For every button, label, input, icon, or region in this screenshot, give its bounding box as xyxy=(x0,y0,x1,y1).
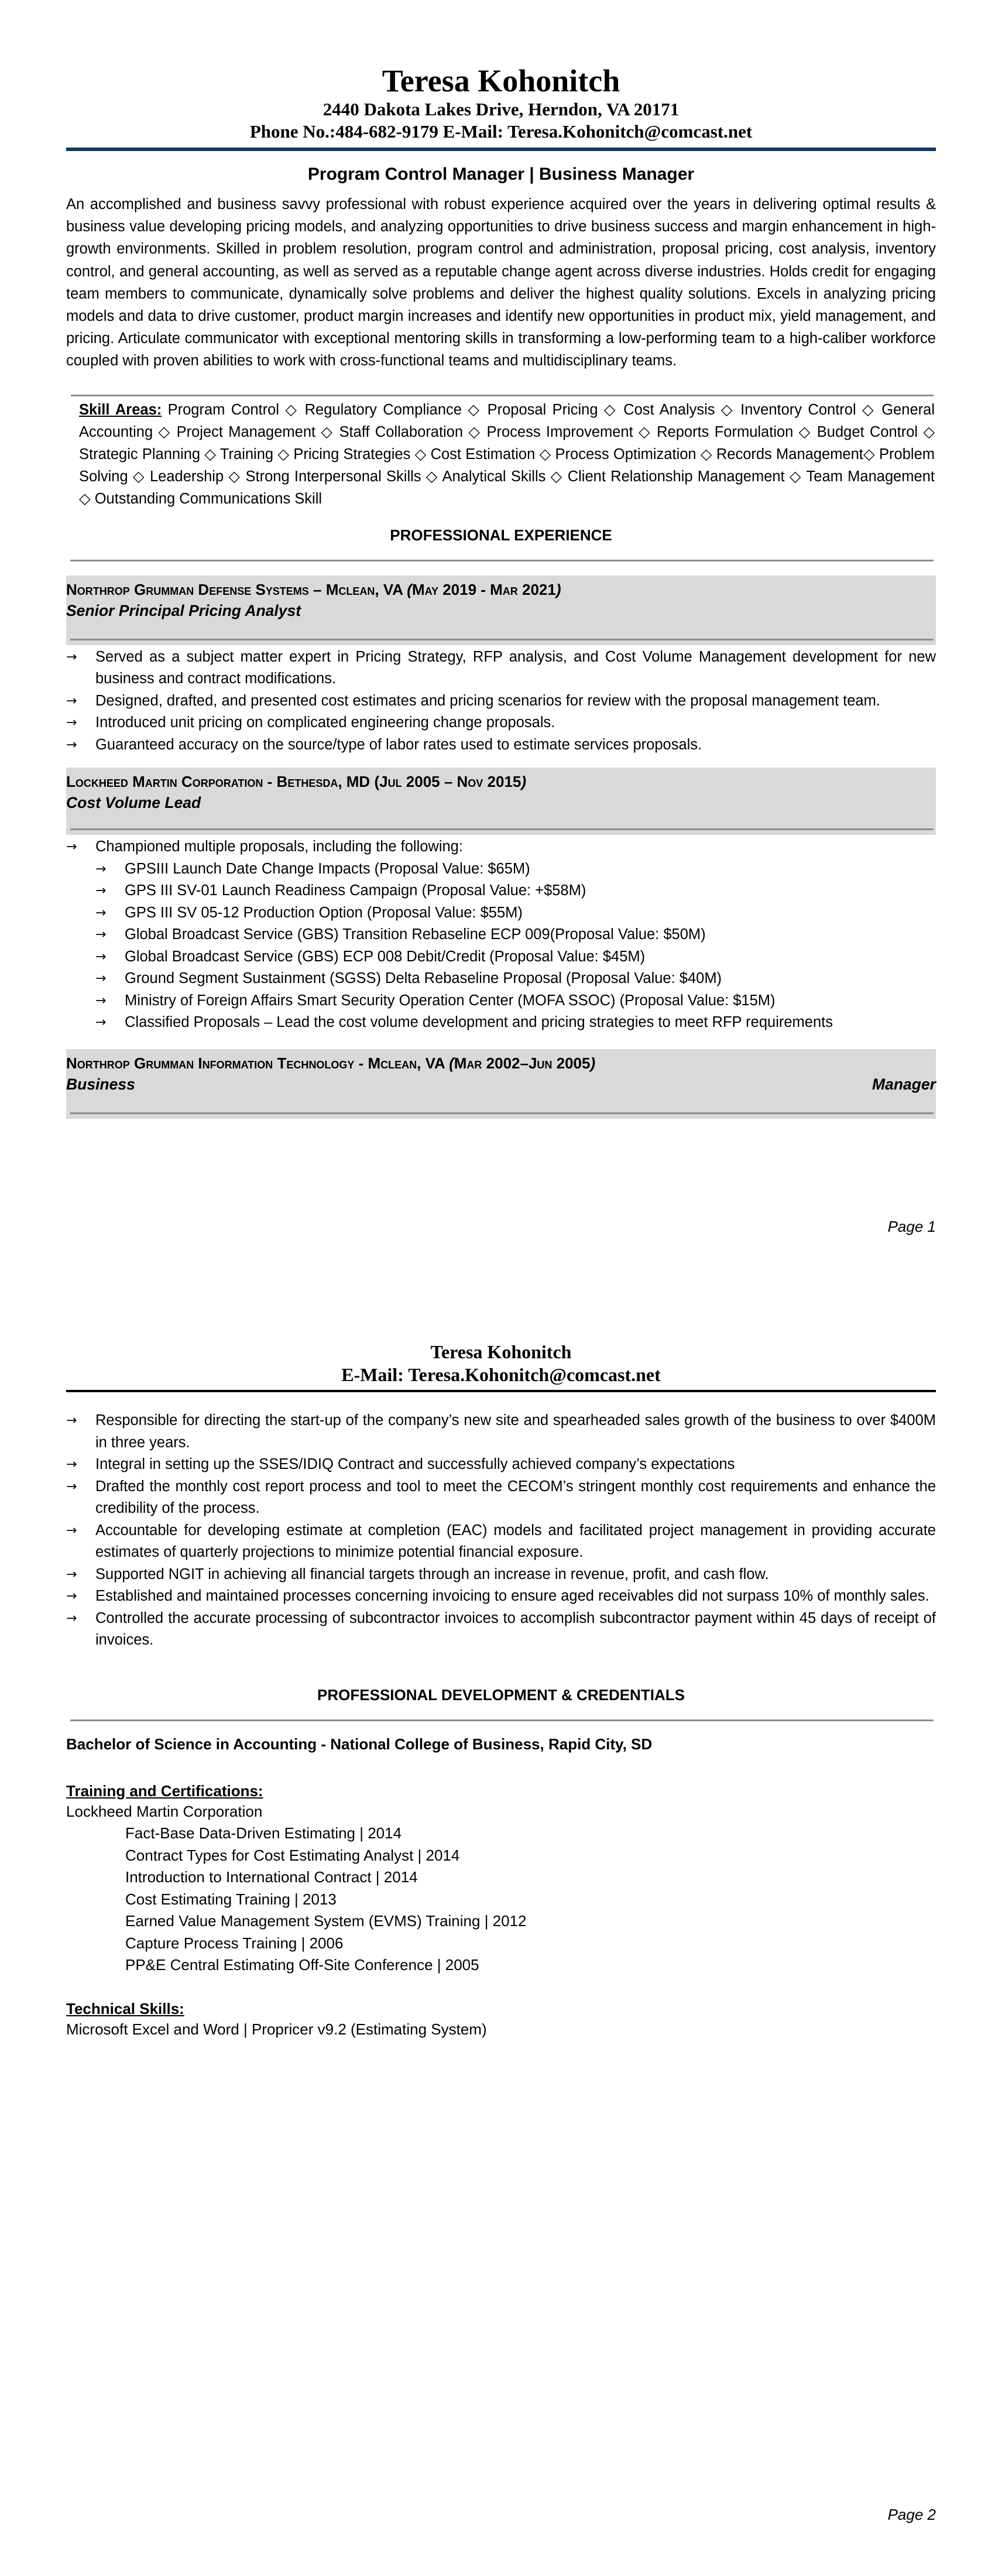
job-bullets-lockheed: Championed multiple proposals, including… xyxy=(66,836,936,858)
job-bullets-northrop-it: Responsible for directing the start-up o… xyxy=(66,1410,936,1652)
job-dates: May 2019 - Mar 2021 xyxy=(412,581,556,598)
proposal-item: GPS III SV-01 Launch Readiness Campaign … xyxy=(95,880,936,902)
training-item: Cost Estimating Training | 2013 xyxy=(125,1889,936,1911)
training-list: Fact-Base Data-Driven Estimating | 2014 … xyxy=(66,1823,936,1976)
job-rule xyxy=(70,639,934,640)
credentials-heading: PROFESSIONAL DEVELOPMENT & CREDENTIALS xyxy=(66,1686,936,1704)
job-dates: Mar 2002–Jun 2005 xyxy=(454,1054,591,1072)
job-company: Northrop Grumman Defense Systems – Mclea… xyxy=(66,579,936,600)
technical-skills-heading: Technical Skills: xyxy=(66,1999,936,2019)
continuation-rule xyxy=(66,1390,936,1392)
training-item: Contract Types for Cost Estimating Analy… xyxy=(125,1845,936,1867)
address: 2440 Dakota Lakes Drive, Herndon, VA 201… xyxy=(66,98,936,121)
job-header-northrop-defense: Northrop Grumman Defense Systems – Mclea… xyxy=(66,576,936,645)
job-bullets-northrop-defense: Served as a subject matter expert in Pri… xyxy=(66,646,936,756)
proposal-item: GPS III SV 05-12 Production Option (Prop… xyxy=(95,902,936,924)
bullet: Drafted the monthly cost report process … xyxy=(66,1476,936,1520)
page-1-content: Teresa Kohonitch 2440 Dakota Lakes Drive… xyxy=(66,0,936,1119)
summary-paragraph: An accomplished and business savvy profe… xyxy=(66,193,936,372)
job-dates: Jul 2005 – Nov 2015 xyxy=(379,773,521,790)
proposal-item: Ground Segment Sustainment (SGSS) Delta … xyxy=(95,968,936,990)
bullet: Established and maintained processes con… xyxy=(66,1585,936,1608)
training-org: Lockheed Martin Corporation xyxy=(66,1801,936,1823)
job-title: Senior Principal Pricing Analyst xyxy=(66,600,936,621)
page-2-content: Teresa Kohonitch E-Mail: Teresa.Kohonitc… xyxy=(66,1288,936,2040)
headline: Program Control Manager | Business Manag… xyxy=(66,164,936,185)
credentials-rule xyxy=(70,1719,934,1721)
job-title: Cost Volume Lead xyxy=(66,792,936,813)
bullet: Supported NGIT in achieving all financia… xyxy=(66,1564,936,1586)
job-company: Lockheed Martin Corporation - Bethesda, … xyxy=(66,771,936,792)
skill-areas: Skill Areas: Program Control ◇ Regulator… xyxy=(66,399,936,511)
training-heading: Training and Certifications: xyxy=(66,1781,936,1801)
experience-rule xyxy=(70,560,934,561)
skill-areas-list: Program Control ◇ Regulatory Compliance … xyxy=(79,402,935,508)
training-item: Fact-Base Data-Driven Estimating | 2014 xyxy=(125,1823,936,1845)
bullet: Integral in setting up the SSES/IDIQ Con… xyxy=(66,1454,936,1476)
technical-skills: Microsoft Excel and Word | Propricer v9.… xyxy=(66,2019,936,2041)
training-item: Capture Process Training | 2006 xyxy=(125,1933,936,1955)
skills-top-rule xyxy=(71,395,934,396)
bullet: Championed multiple proposals, including… xyxy=(66,836,936,858)
contact-line: Phone No.:484-682-9179 E-Mail: Teresa.Ko… xyxy=(66,121,936,143)
bullet: Guaranteed accuracy on the source/type o… xyxy=(66,734,936,756)
proposal-item: Global Broadcast Service (GBS) ECP 008 D… xyxy=(95,946,936,968)
proposal-item: Global Broadcast Service (GBS) Transitio… xyxy=(95,924,936,946)
bullet: Controlled the accurate processing of su… xyxy=(66,1608,936,1652)
training-item: Earned Value Management System (EVMS) Tr… xyxy=(125,1910,936,1933)
training-item: PP&E Central Estimating Off-Site Confere… xyxy=(125,1954,936,1976)
candidate-name: Teresa Kohonitch xyxy=(66,63,936,98)
page-2: Teresa Kohonitch E-Mail: Teresa.Kohonitc… xyxy=(0,1288,995,2576)
proposal-list: GPSIII Launch Date Change Impacts (Propo… xyxy=(95,858,936,1034)
bullet: Accountable for developing estimate at c… xyxy=(66,1520,936,1564)
continuation-name: Teresa Kohonitch xyxy=(66,1341,936,1363)
job-rule xyxy=(70,828,934,830)
proposal-item: GPSIII Launch Date Change Impacts (Propo… xyxy=(95,858,936,881)
experience-heading: PROFESSIONAL EXPERIENCE xyxy=(66,526,936,544)
header-rule xyxy=(66,148,936,151)
bullet: Responsible for directing the start-up o… xyxy=(66,1410,936,1454)
skill-areas-label: Skill Areas: xyxy=(79,402,162,418)
job-header-lockheed: Lockheed Martin Corporation - Bethesda, … xyxy=(66,768,936,835)
continuation-email: E-Mail: Teresa.Kohonitch@comcast.net xyxy=(66,1363,936,1386)
training-item: Introduction to International Contract |… xyxy=(125,1866,936,1889)
page-number: Page 1 xyxy=(888,1218,936,1236)
proposal-item: Classified Proposals – Lead the cost vol… xyxy=(95,1012,936,1034)
job-rule xyxy=(70,1112,934,1114)
degree: Bachelor of Science in Accounting - Nati… xyxy=(66,1734,936,1754)
job-header-northrop-it: Northrop Grumman Information Technology … xyxy=(66,1049,936,1119)
page-number: Page 2 xyxy=(888,2506,936,2524)
page-1: Teresa Kohonitch 2440 Dakota Lakes Drive… xyxy=(0,0,995,1288)
bullet: Introduced unit pricing on complicated e… xyxy=(66,712,936,734)
bullet: Served as a subject matter expert in Pri… xyxy=(66,646,936,690)
proposal-item: Ministry of Foreign Affairs Smart Securi… xyxy=(95,990,936,1012)
job-company: Northrop Grumman Information Technology … xyxy=(66,1053,936,1074)
job-title: Business Manager xyxy=(66,1074,936,1095)
bullet: Designed, drafted, and presented cost es… xyxy=(66,690,936,712)
